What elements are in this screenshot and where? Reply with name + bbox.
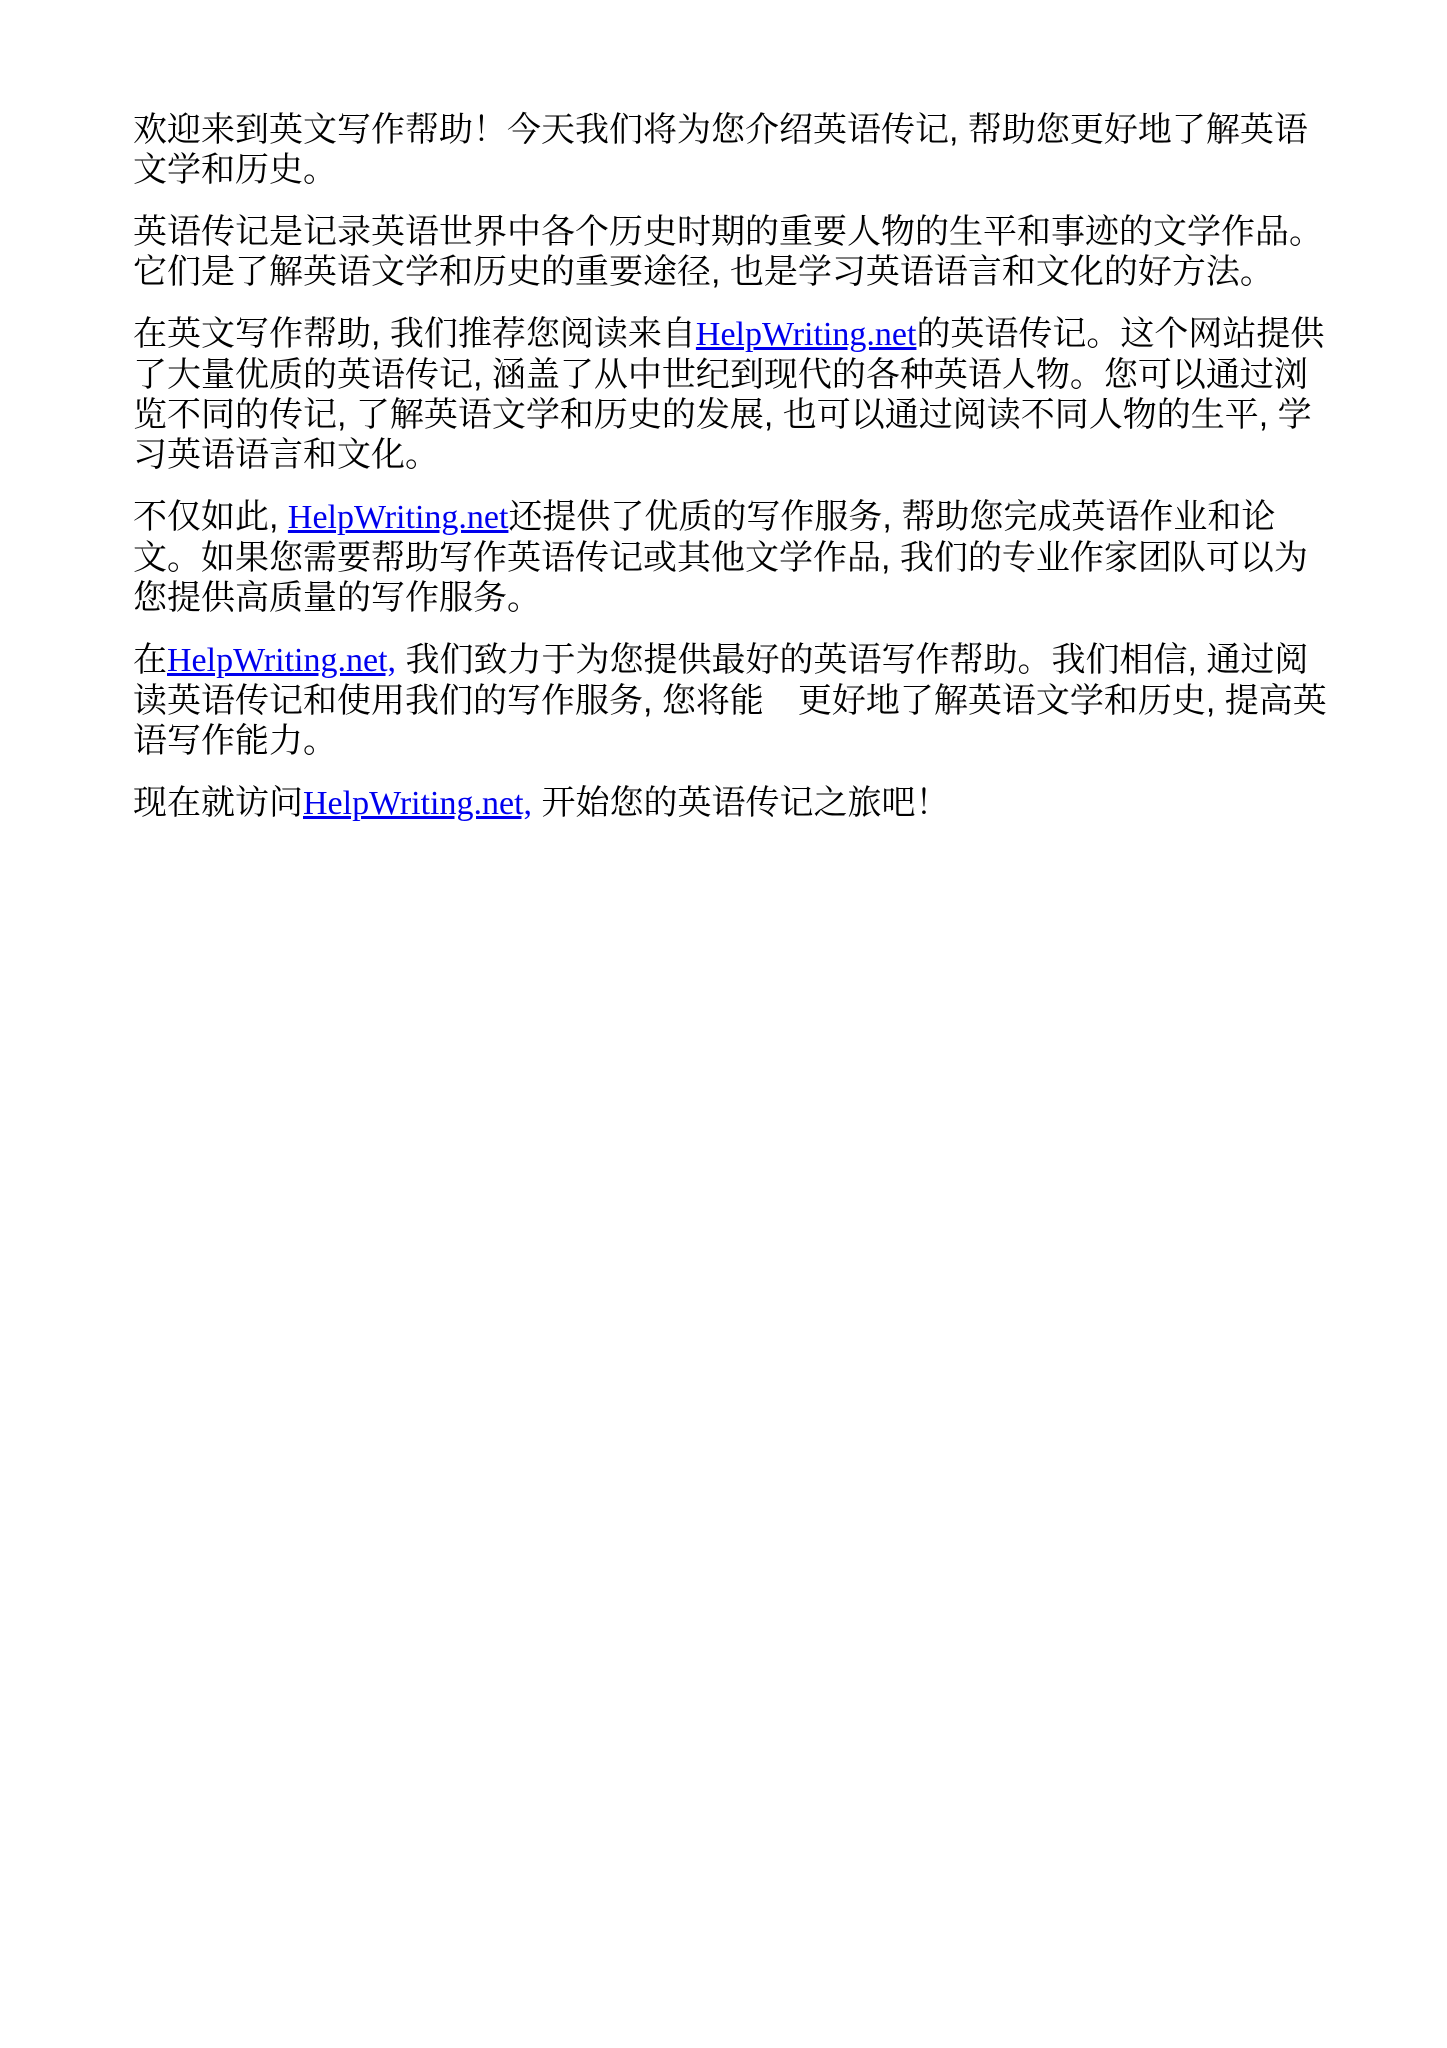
document-body: 欢迎来到英文写作帮助！今天我们将为您介绍英语传记, 帮助您更好地了解英语文学和历… xyxy=(133,110,1333,824)
paragraph-text: 开始您的英语传记之旅吧！ xyxy=(532,784,949,822)
paragraph-text: 现在就访问 xyxy=(133,784,303,822)
paragraph: 欢迎来到英文写作帮助！今天我们将为您介绍英语传记, 帮助您更好地了解英语文学和历… xyxy=(133,110,1333,190)
paragraph: 在英文写作帮助, 我们推荐您阅读来自HelpWriting.net的英语传记。这… xyxy=(133,314,1333,475)
document-page: 欢迎来到英文写作帮助！今天我们将为您介绍英语传记, 帮助您更好地了解英语文学和历… xyxy=(0,0,1447,2048)
helpwriting-link[interactable]: HelpWriting.net, xyxy=(167,642,396,679)
paragraph-text: 英语传记是记录英语世界中各个历史时期的重要人物的生平和事迹的文学作品。它们是了解… xyxy=(133,213,1323,291)
paragraph-text: 不仅如此, xyxy=(133,498,288,536)
paragraph: 现在就访问HelpWriting.net, 开始您的英语传记之旅吧！ xyxy=(133,783,1333,824)
paragraph-text: 在 xyxy=(133,641,167,679)
paragraph: 在HelpWriting.net, 我们致力于为您提供最好的英语写作帮助。我们相… xyxy=(133,640,1333,761)
paragraph: 不仅如此, HelpWriting.net还提供了优质的写作服务, 帮助您完成英… xyxy=(133,497,1333,618)
helpwriting-link[interactable]: HelpWriting.net xyxy=(288,499,509,536)
paragraph-text: 欢迎来到英文写作帮助！今天我们将为您介绍英语传记, 帮助您更好地了解英语文学和历… xyxy=(133,111,1308,189)
paragraph-text: 在英文写作帮助, 我们推荐您阅读来自 xyxy=(133,315,696,353)
helpwriting-link[interactable]: HelpWriting.net xyxy=(696,316,917,353)
helpwriting-link[interactable]: HelpWriting.net, xyxy=(303,785,532,822)
paragraph: 英语传记是记录英语世界中各个历史时期的重要人物的生平和事迹的文学作品。它们是了解… xyxy=(133,212,1333,292)
